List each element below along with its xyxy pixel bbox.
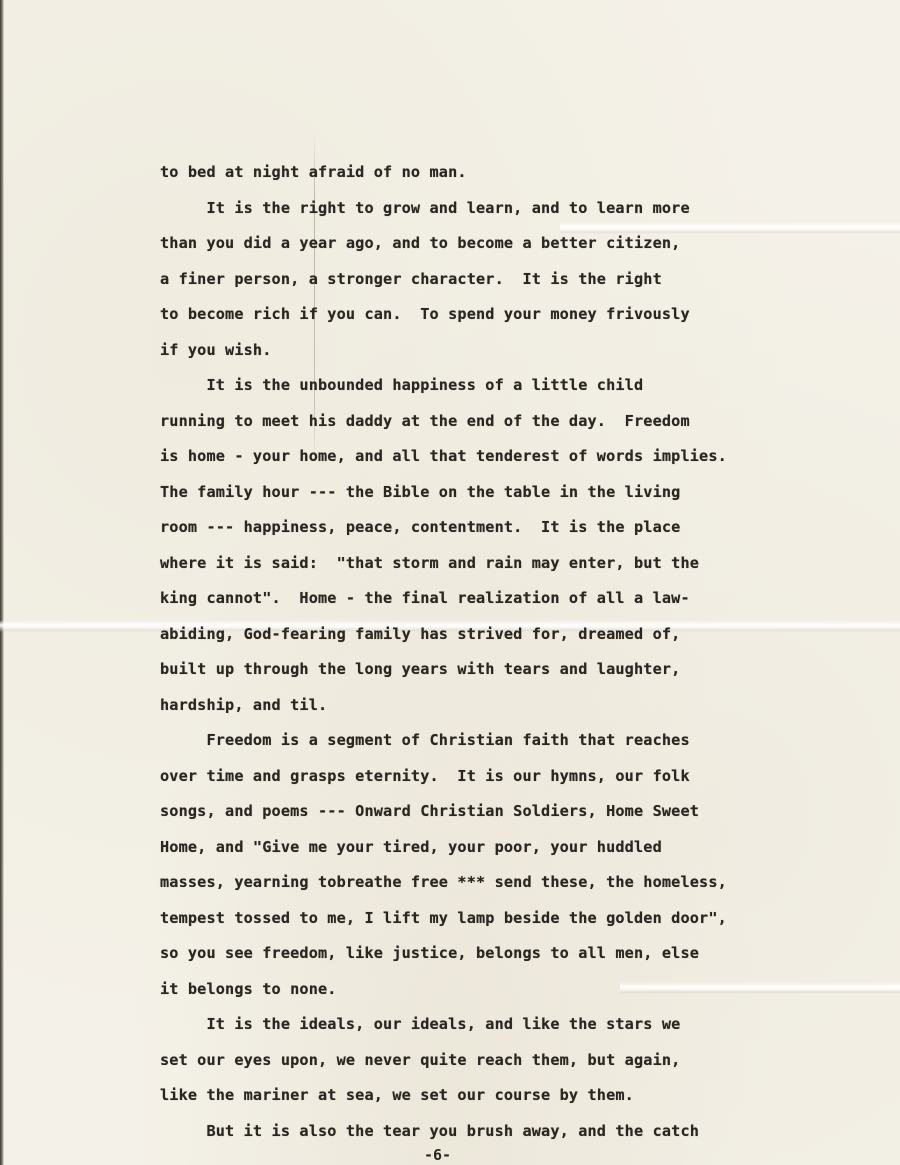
text-line: running to meet his daddy at the end of … [160, 404, 880, 440]
text-line: The family hour --- the Bible on the tab… [160, 475, 880, 511]
paragraph: Freedom is a segment of Christian faith … [160, 723, 880, 1007]
text-line: if you wish. [160, 333, 880, 369]
text-line: a finer person, a stronger character. It… [160, 262, 880, 298]
text-line: masses, yearning tobreathe free *** send… [160, 865, 880, 901]
text-line: to become rich if you can. To spend your… [160, 297, 880, 333]
text-line: It is the right to grow and learn, and t… [160, 191, 880, 227]
paragraph: It is the unbounded happiness of a littl… [160, 368, 880, 723]
page-left-edge [0, 0, 4, 1165]
text-line: than you did a year ago, and to become a… [160, 226, 880, 262]
text-line: over time and grasps eternity. It is our… [160, 759, 880, 795]
text-line: is home - your home, and all that tender… [160, 439, 880, 475]
text-line: built up through the long years with tea… [160, 652, 880, 688]
text-line: it belongs to none. [160, 972, 880, 1008]
text-line: tempest tossed to me, I lift my lamp bes… [160, 901, 880, 937]
text-line: set our eyes upon, we never quite reach … [160, 1043, 880, 1079]
paragraph: to bed at night afraid of no man. [160, 155, 880, 191]
text-line: abiding, God-fearing family has strived … [160, 617, 880, 653]
text-line: like the mariner at sea, we set our cour… [160, 1078, 880, 1114]
text-line: where it is said: "that storm and rain m… [160, 546, 880, 582]
paragraph: But it is also the tear you brush away, … [160, 1114, 880, 1150]
paragraph: It is the ideals, our ideals, and like t… [160, 1007, 880, 1114]
text-line: But it is also the tear you brush away, … [160, 1114, 880, 1150]
text-line: songs, and poems --- Onward Christian So… [160, 794, 880, 830]
paragraph: It is the right to grow and learn, and t… [160, 191, 880, 369]
text-line: to bed at night afraid of no man. [160, 155, 880, 191]
page-number: -6- [424, 1146, 451, 1164]
document-body: to bed at night afraid of no man. It is … [160, 155, 880, 1149]
text-line: hardship, and til. [160, 688, 880, 724]
text-line: Freedom is a segment of Christian faith … [160, 723, 880, 759]
text-line: king cannot". Home - the final realizati… [160, 581, 880, 617]
text-line: It is the unbounded happiness of a littl… [160, 368, 880, 404]
text-line: so you see freedom, like justice, belong… [160, 936, 880, 972]
text-line: It is the ideals, our ideals, and like t… [160, 1007, 880, 1043]
text-line: Home, and "Give me your tired, your poor… [160, 830, 880, 866]
text-line: room --- happiness, peace, contentment. … [160, 510, 880, 546]
typewritten-page: to bed at night afraid of no man. It is … [0, 0, 900, 1165]
